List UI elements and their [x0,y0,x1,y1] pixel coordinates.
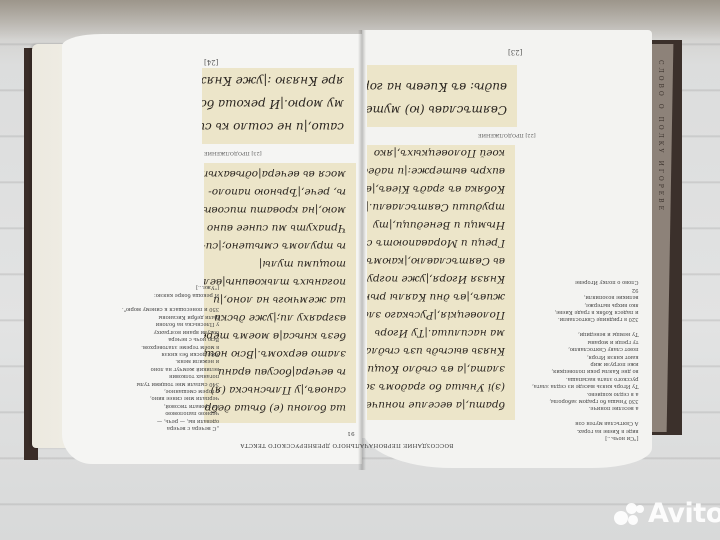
left-translation-text: „С вечера с вечера одевали вы, — речь, —… [122,283,219,431]
translation-line: 320 в гриднице Святославли. [558,316,639,322]
translation-line: были дебри Кисановы [159,314,220,320]
text-line: вихрѣ вытерже:|и падеся [377,162,505,180]
text-line: тощими тулы| [214,255,346,273]
translation-line: Слово о полку Игореве [575,279,638,285]
book-gutter [358,30,366,470]
translation-line: И рекоша бояре князю: [154,292,219,298]
text-line: видѣ: въ Киевѣ на горахъ [377,75,507,98]
translation-line: Ту немцы и венедици, [578,331,639,337]
avito-watermark: Avito [614,498,720,529]
text-line: трудиши Святъславли.|Ту [377,198,505,216]
translation-line: яко вихрь вытерже, [584,302,638,308]
translation-line: виде в Киеве на горах. [576,428,638,434]
translation-line: Уже доски без князя [162,351,220,357]
text-line: ѣ труломъ смѣшено;|си- [214,237,346,255]
text-line: ша болони (е) бѣша дебрь Ки- [214,399,346,417]
translation-line: 350 и понесошася к синему морю". [122,307,219,313]
translation-line: „С вечера с вечера [167,425,219,431]
translation-line: поганых толковин [169,373,219,379]
translation-line: ["Уже...] [196,284,219,290]
text-line: Святъславь (ю) мутенъ сонъ [377,98,507,121]
right-facsimile-panel-top: Святъславь (ю) мутенъ сонъ видѣ: въ Киев… [367,65,517,127]
text-line: сашо,|и не сошло кь сине- [212,115,344,138]
translation-line: иже погрузи жир [590,361,638,367]
translation-line: и нежили меня. [175,358,219,364]
text-line: Князь высѣдь изъ сѣдла [377,342,505,360]
translation-line: у Плесньска на болони [156,321,219,327]
translation-line: 340 сыпали мне тощими тулы [137,381,220,387]
translation-line: а в седло кощиево. [587,391,639,397]
translation-line: ту греци и моравы [588,339,639,345]
text-line: брати,|а веселие пониче.|А [377,396,505,414]
text-line: мося вь вечера|одѣвахѣте [214,165,346,183]
text-line: мою,|на кровати тисовѣ; [214,201,346,219]
text-line: Князя Игоря,|уже погрузи [377,270,505,288]
translation-line: великий жемчуг на лоно [151,366,219,372]
right-facsimile-panel-main: брати,|а веселие пониче.|А (з)і Уныша бо… [367,145,515,420]
translation-line: поют славу Святославлю, [568,346,638,352]
left-page-running-footer: ВОССОЗДАНИЕ ПЕРВОНАЧАЛЬНОГО ДРЕВНЕРУССКО… [240,442,453,448]
right-page-marker-top: [23] [508,48,522,56]
text-line: му морю.|И рекоша бо- [212,92,344,115]
text-line: поганыхъ тльковинѣ|великый [214,273,346,291]
translation-line: с горем смешанное, [164,388,219,394]
text-line: Кобяка въ градъ Кіевъ,|вь [377,180,505,198]
translation-line: ["Си ночь...] [605,435,638,441]
translation-line: Ту Игорь князь выседе из седла злата, [532,383,639,389]
text-line: взграяху ли;|уже дьски [214,309,346,327]
text-line: яре Князю :|уже Княже [212,69,344,92]
text-line: Нѣмци и Венедици,|ту [377,216,505,234]
translation-line: кают князя Игоря, [587,353,639,359]
text-line: (з)і Уныша бо градомъ за- [377,378,505,396]
right-page-marker-mid: [22] ПРОДОЛЖЕНИЕ [478,132,536,138]
text-line: злато верхомъ.|Всю нощь [214,345,346,363]
translation-line: босуви врани возграяху [154,329,219,335]
text-line: Греци и Моравапоютъ сла- [377,234,505,252]
spine-title: СЛОВО О ПОЛКУ ИГОРЕВЕ [654,60,664,360]
left-page-marker-top: [24] [204,58,218,66]
translation-line: 92 [632,287,639,293]
text-line: Половецкія,|Руськаго зла- [377,306,505,324]
translation-line: во дне Каялы реки половецкия, [551,368,638,374]
translation-line: великие возопияли, [584,294,639,300]
translation-line: черною паполомою [165,410,219,416]
text-line: Чрпахуть ми синее вино [214,219,346,237]
translation-line: русского злата насыпаша. [566,376,639,382]
text-line: ѣ, рече,|Ърьною паполо- [214,183,346,201]
text-line: сановъ,|у Плѣсньска (я) [214,381,346,399]
translation-line: 330 Уныша бо градом заборолы, [549,398,638,404]
translation-line: черпали мне синее вино, [150,396,219,402]
watermark-text: Avito [648,498,720,529]
text-line: вь Святъславлю,|каюмъ [377,252,505,270]
text-line: ѣ вечера|босуви врани [214,363,346,381]
text-line: коей Половецкыхъ,|яко [377,145,505,162]
translation-line: на кровати тисовой, [164,403,219,409]
avito-dots-logo-icon [614,501,644,527]
right-translation-text: ["Си ночь...] виде в Киеве на горах. А С… [532,278,639,441]
translation-line: Всю ночь с вечера [168,336,219,342]
translation-line: А Святъслав мутен сон [575,420,638,426]
translation-line: в моем тереме златоверхом. [141,344,219,350]
text-line: живъ,|въ дни Каялы рѣки [377,288,505,306]
text-line: ма насилиша.|Ту Игорь [377,324,505,342]
translation-line: а веселие пониче. [589,405,639,411]
left-facsimile-panel-top: сашо,|и не сошло кь сине- му морю.|И рек… [202,68,354,144]
left-facsimile-panel-main: ша болони (е) бѣша дебрь Ки- сановъ,|у П… [204,163,356,423]
translation-line: и падеся Кобяк в граде Киеве, [555,309,639,315]
left-page-number: 91 [347,430,355,436]
left-page-marker-mid: [23] ПРОДОЛЖЕНИЕ [204,150,262,156]
text-line: ша жемчюгь на лоно,|и [214,291,346,309]
translation-line: одевали вы, — речь, — [157,418,219,424]
text-line: злата,|а въ сѣдло Кощиево [377,360,505,378]
text-line: безъ кнѣса|в моемъ теремъ [214,327,346,345]
